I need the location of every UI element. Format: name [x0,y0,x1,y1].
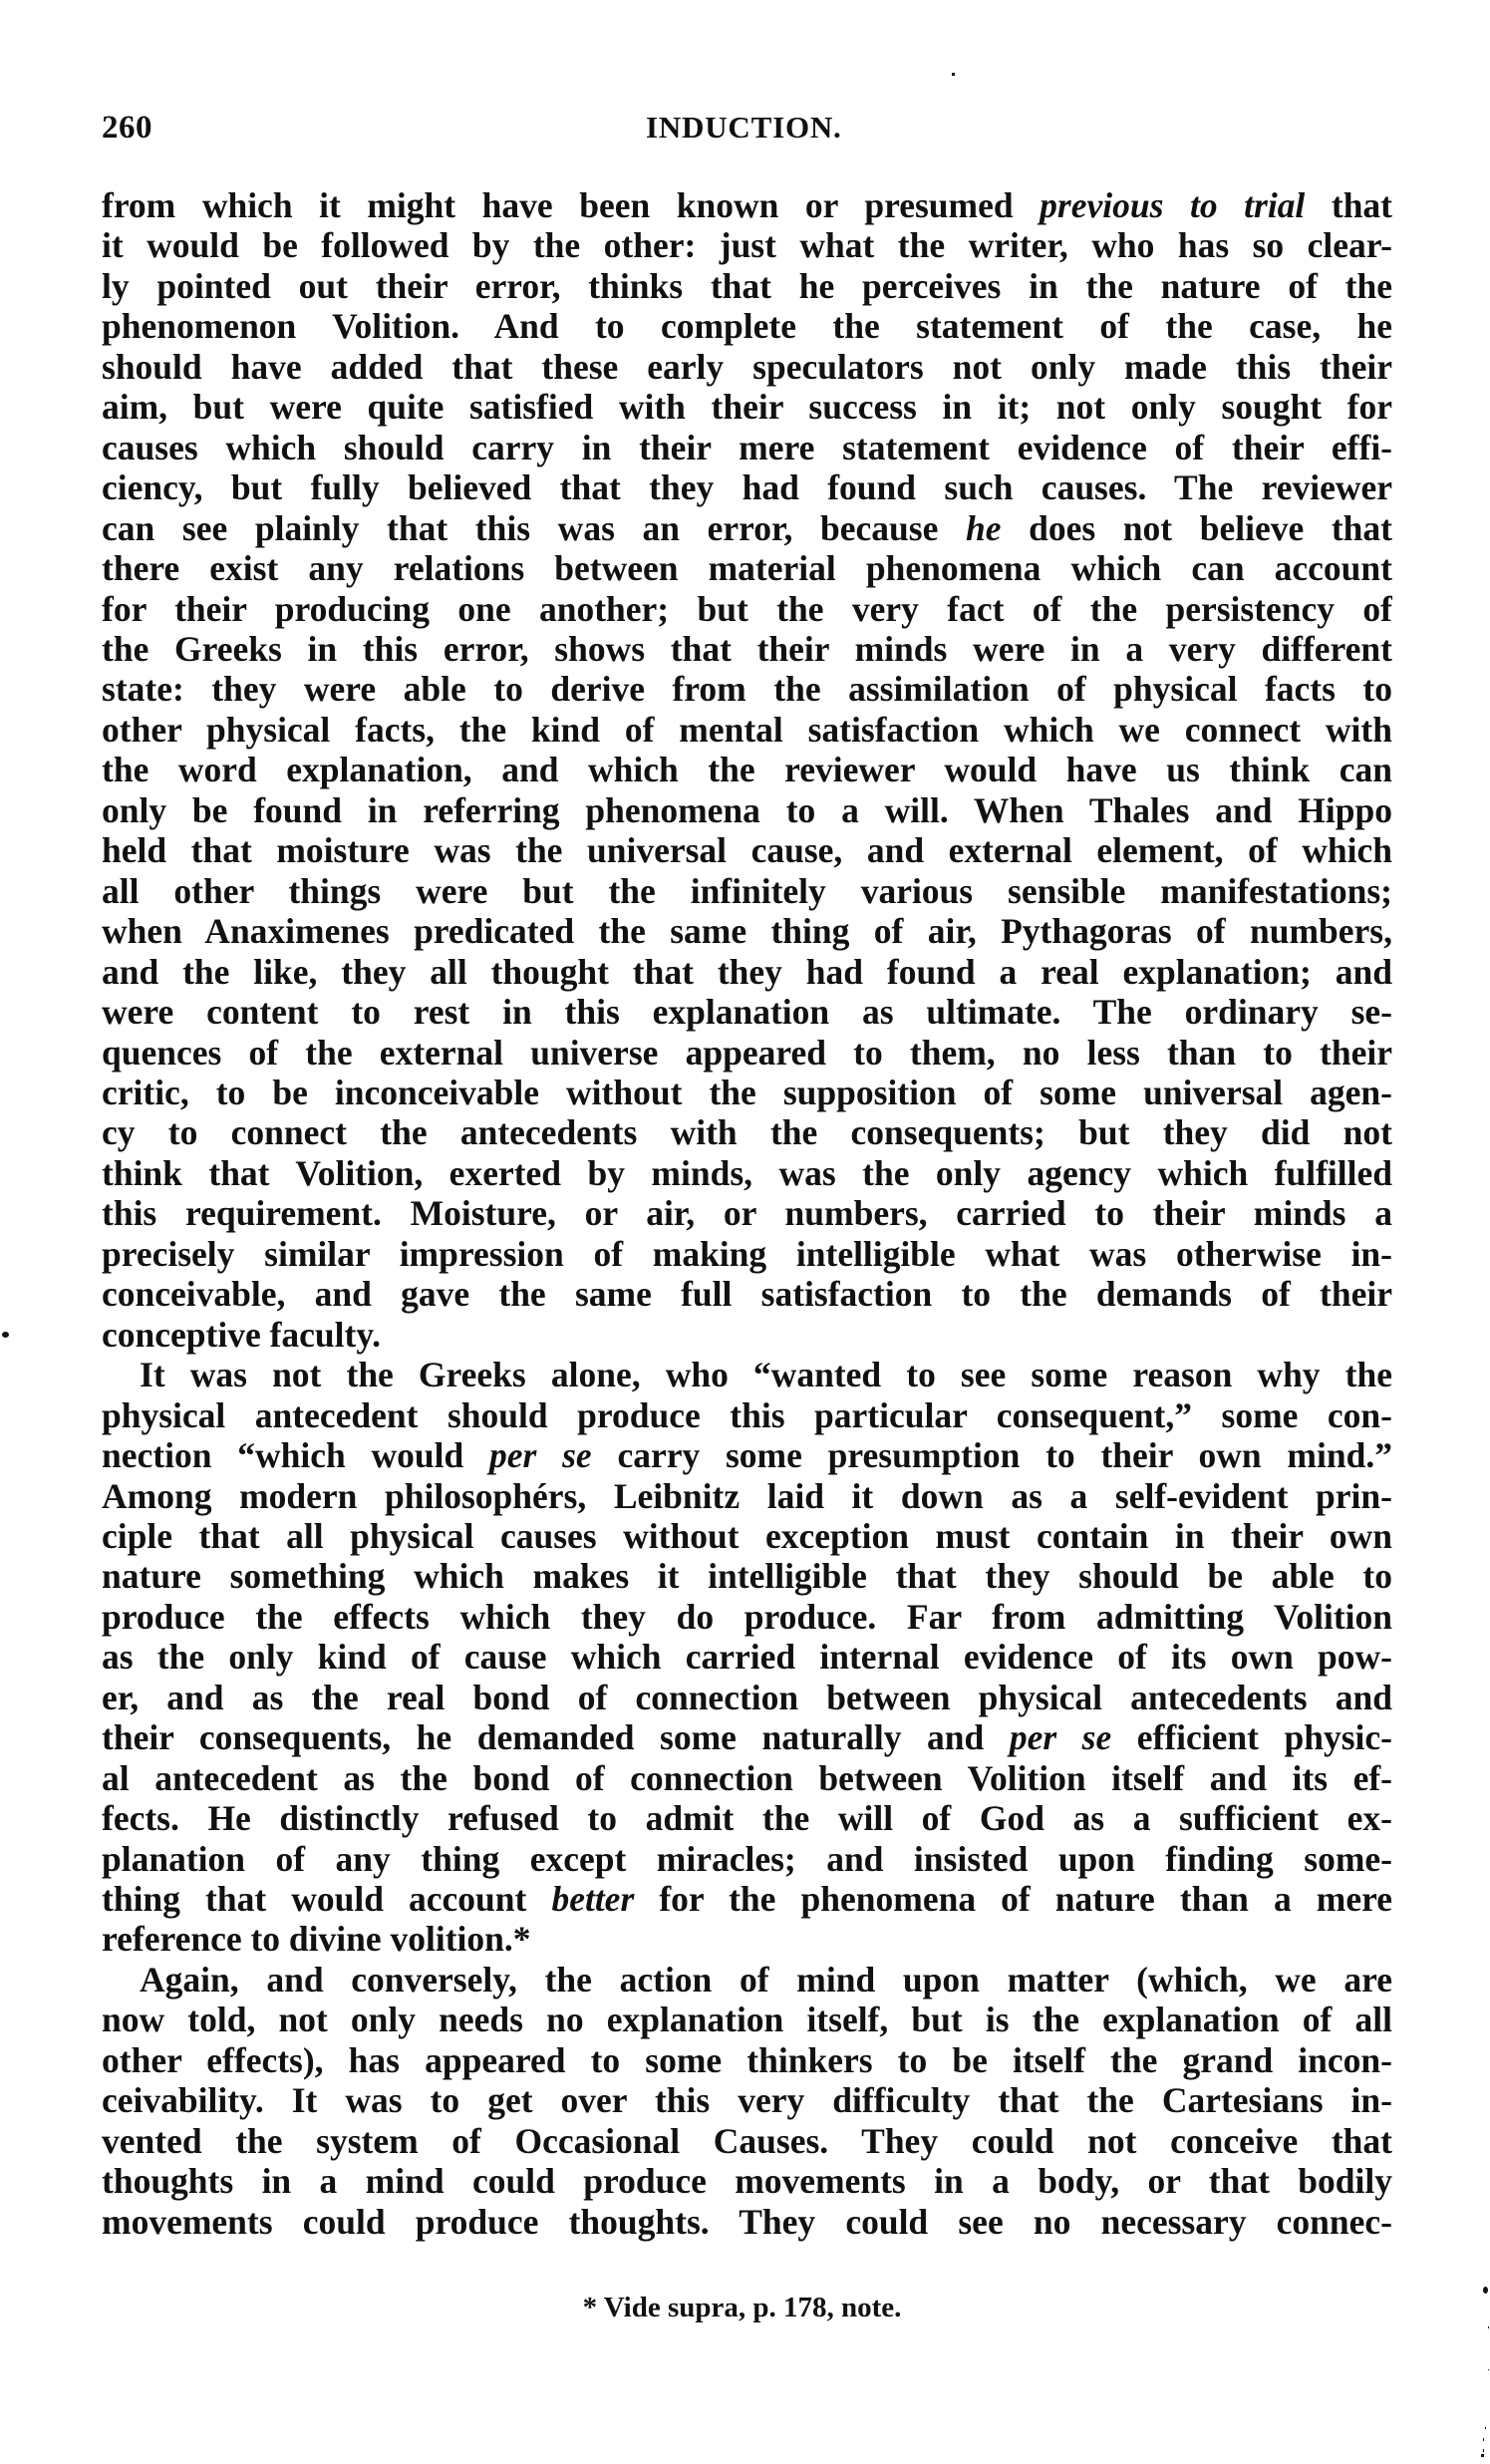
text-run: can see plainly that this was an error, … [102,508,966,548]
book-page: 260 INDUCTION. from which it might have … [0,0,1490,2464]
text-line: ciency, but fully believed that they had… [102,467,1392,507]
text-run: phenomenon Volition. And to complete the… [102,306,1392,346]
text-run: vented the system of Occasional Causes. … [102,2121,1392,2161]
text-line: movements could produce thoughts. They c… [102,2202,1392,2242]
text-run: were content to rest in this explanation… [102,992,1392,1032]
text-line: only be found in referring phenomena to … [102,790,1392,830]
text-run: thoughts in a mind could produce movemen… [102,2161,1392,2201]
text-run: there exist any relations between materi… [102,548,1392,588]
scan-speck [1488,2326,1489,2328]
text-line: other effects), has appeared to some thi… [102,2040,1392,2080]
text-line: precisely similar impression of making i… [102,1234,1392,1274]
text-line: causes which should carry in their mere … [102,428,1392,467]
scan-speck [952,73,955,76]
text-run: critic, to be inconceivable without the … [102,1073,1392,1112]
scan-speck [1485,2427,1486,2429]
text-run: this requirement. Moisture, or air, or n… [102,1193,1392,1233]
text-line: were content to rest in this explanation… [102,992,1392,1032]
text-run: fects. He distinctly refused to admit th… [102,1798,1392,1838]
text-line: as the only kind of cause which carried … [102,1637,1392,1677]
text-run: all other things were but the infinitely… [102,871,1392,911]
text-run: held that moisture was the universal cau… [102,830,1392,870]
text-run: conceivable, and gave the same full sati… [102,1274,1392,1314]
text-line: Again, and conversely, the action of min… [102,1960,1392,2000]
text-line: state: they were able to derive from the… [102,669,1392,709]
text-run: now told, not only needs no explanation … [102,2000,1392,2039]
text-line: this requirement. Moisture, or air, or n… [102,1193,1392,1233]
italic-phrase: per se [489,1435,592,1475]
text-run: that [1305,185,1392,225]
scan-speck [2,1332,9,1338]
text-run: the Greeks in this error, shows that the… [102,629,1392,669]
text-line: cy to connect the antecedents with the c… [102,1112,1392,1152]
text-run: and the like, they all thought that they… [102,952,1392,992]
text-run: their consequents, he demanded some natu… [102,1717,1010,1757]
text-line: vented the system of Occasional Causes. … [102,2121,1392,2161]
text-line: fects. He distinctly refused to admit th… [102,1798,1392,1838]
text-line: all other things were but the infinitely… [102,871,1392,911]
text-line: the word explanation, and which the revi… [102,750,1392,789]
text-line: physical antecedent should produce this … [102,1395,1392,1435]
footnote-text: * Vide supra, p. 178, note. [583,2292,902,2323]
paragraph: from which it might have been known or p… [102,185,1392,1355]
text-line: planation of any thing except miracles; … [102,1839,1392,1879]
body-text: from which it might have been known or p… [102,185,1392,2242]
text-line: for their producing one another; but the… [102,589,1392,629]
text-line: and the like, they all thought that they… [102,952,1392,992]
scan-speck [1483,2449,1484,2452]
text-line: think that Volition, exerted by minds, w… [102,1153,1392,1193]
italic-phrase: better [551,1879,634,1919]
text-run: nature something which makes it intellig… [102,1556,1392,1596]
scan-speck [1483,2287,1488,2294]
text-run: ly pointed out their error, thinks that … [102,266,1392,306]
text-run: the word explanation, and which the revi… [102,750,1392,789]
text-line: reference to divine volition.* [102,1919,1392,1959]
text-run: planation of any thing except miracles; … [102,1839,1392,1879]
text-line: ceivability. It was to get over this ver… [102,2080,1392,2120]
running-title: INDUCTION. [646,108,842,148]
text-run: al antecedent as the bond of connection … [102,1758,1392,1798]
text-line: quences of the external universe appeare… [102,1033,1392,1073]
text-line: ciple that all physical causes without e… [102,1516,1392,1556]
running-head: 260 INDUCTION. [102,108,1392,148]
text-run: other effects), has appeared to some thi… [102,2040,1392,2080]
text-line: held that moisture was the universal cau… [102,830,1392,870]
text-run: carry some presumption to their own mind… [592,1435,1392,1475]
text-run: produce the effects which they do produc… [102,1597,1392,1637]
text-line: thing that would account better for the … [102,1879,1392,1919]
text-run: causes which should carry in their mere … [102,428,1392,467]
text-run: ciple that all physical causes without e… [102,1516,1392,1556]
text-line: thoughts in a mind could produce movemen… [102,2161,1392,2201]
text-run: Again, and conversely, the action of min… [140,1960,1392,2000]
text-run: when Anaximenes predicated the same thin… [102,911,1392,951]
text-run: should have added that these early specu… [102,347,1392,387]
text-line: ly pointed out their error, thinks that … [102,266,1392,306]
text-run: conceptive faculty. [102,1315,381,1355]
text-line: it would be followed by the other: just … [102,225,1392,265]
paragraph: Again, and conversely, the action of min… [102,1960,1392,2242]
text-line: critic, to be inconceivable without the … [102,1073,1392,1112]
italic-phrase: per se [1010,1717,1111,1757]
text-line: when Anaximenes predicated the same thin… [102,911,1392,951]
text-run: think that Volition, exerted by minds, w… [102,1153,1392,1193]
text-line: phenomenon Volition. And to complete the… [102,306,1392,346]
text-line: should have added that these early specu… [102,347,1392,387]
text-line: from which it might have been known or p… [102,185,1392,225]
text-run: ciency, but fully believed that they had… [102,467,1392,507]
text-run: thing that would account [102,1879,551,1919]
text-run: Among modern philosophérs, Leibnitz laid… [102,1476,1392,1516]
text-line: conceivable, and gave the same full sati… [102,1274,1392,1314]
text-line: nection “which would per se carry some p… [102,1435,1392,1475]
scan-speck [1483,2438,1484,2441]
text-run: quences of the external universe appeare… [102,1033,1392,1073]
text-run: precisely similar impression of making i… [102,1234,1392,1274]
text-run: cy to connect the antecedents with the c… [102,1112,1392,1152]
text-run: it would be followed by the other: just … [102,225,1392,265]
text-run: state: they were able to derive from the… [102,669,1392,709]
text-line: the Greeks in this error, shows that the… [102,629,1392,669]
text-line: aim, but were quite satisfied with their… [102,387,1392,427]
text-run: as the only kind of cause which carried … [102,1637,1392,1677]
text-run: er, and as the real bond of connection b… [102,1678,1392,1717]
text-run: It was not the Greeks alone, who “wanted… [140,1355,1392,1394]
scan-speck [1481,2454,1484,2457]
text-run: nection “which would [102,1435,489,1475]
text-line: er, and as the real bond of connection b… [102,1678,1392,1717]
text-run: from which it might have been known or p… [102,185,1040,225]
footnote: * Vide supra, p. 178, note. [0,2288,1490,2327]
text-line: their consequents, he demanded some natu… [102,1717,1392,1757]
text-run: ceivability. It was to get over this ver… [102,2080,1392,2120]
text-line: It was not the Greeks alone, who “wanted… [102,1355,1392,1394]
text-run: for their producing one another; but the… [102,589,1392,629]
text-line: now told, not only needs no explanation … [102,2000,1392,2039]
text-line: Among modern philosophérs, Leibnitz laid… [102,1476,1392,1516]
text-line: al antecedent as the bond of connection … [102,1758,1392,1798]
paragraph: It was not the Greeks alone, who “wanted… [102,1355,1392,1960]
text-line: other physical facts, the kind of mental… [102,710,1392,750]
text-line: conceptive faculty. [102,1315,1392,1355]
text-run: other physical facts, the kind of mental… [102,710,1392,750]
text-line: there exist any relations between materi… [102,548,1392,588]
text-run: aim, but were quite satisfied with their… [102,387,1392,427]
text-run: efficient physic- [1111,1717,1392,1757]
text-run: reference to divine volition.* [102,1919,531,1959]
text-run: only be found in referring phenomena to … [102,790,1392,830]
italic-phrase: previous to trial [1040,185,1305,225]
text-line: produce the effects which they do produc… [102,1597,1392,1637]
text-run: does not believe that [1001,508,1392,548]
scan-speck [1488,2369,1489,2370]
italic-phrase: he [966,508,1002,548]
page-number: 260 [102,108,152,148]
text-run: for the phenomena of nature than a mere [634,1879,1392,1919]
text-run: physical antecedent should produce this … [102,1395,1392,1435]
text-line: can see plainly that this was an error, … [102,508,1392,548]
text-line: nature something which makes it intellig… [102,1556,1392,1596]
text-run: movements could produce thoughts. They c… [102,2202,1392,2242]
